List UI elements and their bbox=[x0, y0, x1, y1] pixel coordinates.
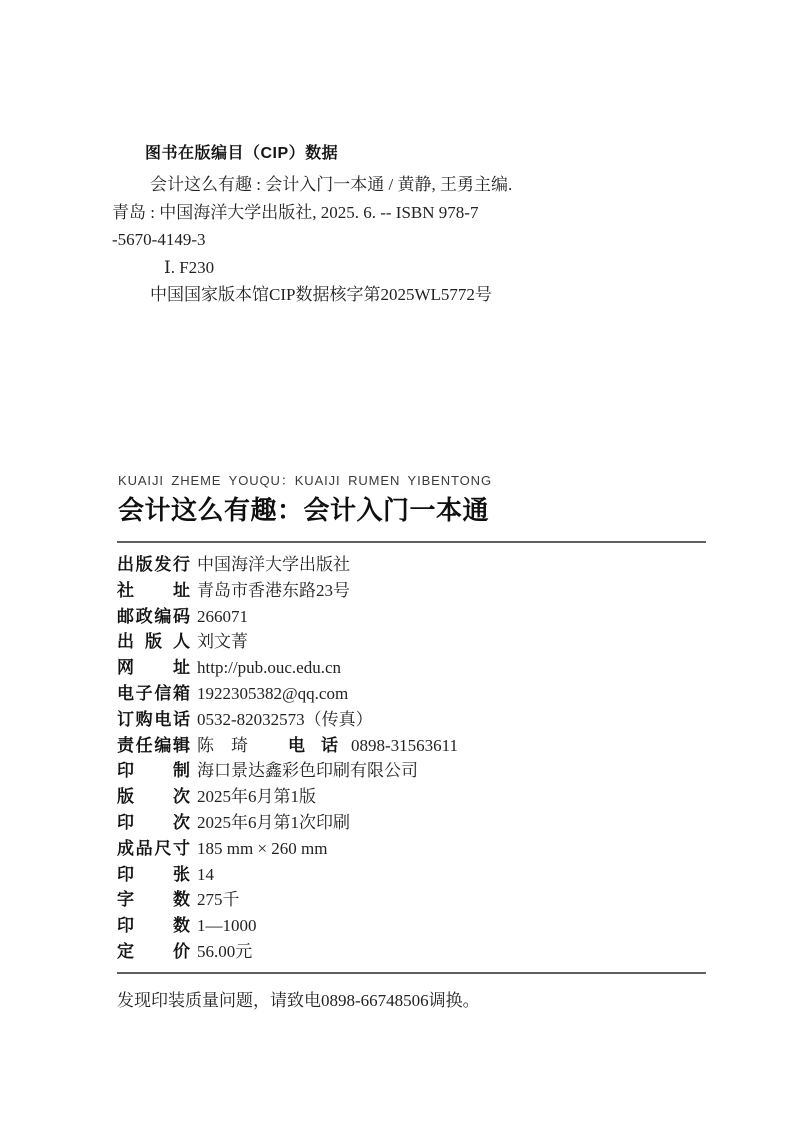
colophon-row-label-secondary: 电话 bbox=[288, 733, 338, 759]
cip-header: 图书在版编目（CIP）数据 bbox=[112, 144, 582, 164]
colophon-row: 订购电话0532-82032573（传真） bbox=[117, 707, 717, 733]
colophon-row-value: 青岛市香港东路23号 bbox=[197, 581, 350, 600]
colophon-row-value: 1—1000 bbox=[197, 916, 257, 935]
cip-line-classification: Ⅰ. F230 bbox=[112, 254, 582, 282]
divider-rule-top bbox=[117, 541, 706, 543]
cip-block: 图书在版编目（CIP）数据 会计这么有趣 : 会计入门一本通 / 黄静, 王勇主… bbox=[112, 144, 582, 309]
colophon-row: 成品尺寸185 mm × 260 mm bbox=[117, 836, 717, 862]
cip-line-publisher-isbn: 青岛 : 中国海洋大学出版社, 2025. 6. -- ISBN 978-7 bbox=[112, 199, 582, 227]
colophon-row-value: 0532-82032573（传真） bbox=[197, 710, 373, 729]
divider-rule-bottom bbox=[117, 972, 706, 974]
colophon-row-value-secondary: 0898-31563611 bbox=[351, 736, 458, 755]
colophon-row: 网址http://pub.ouc.edu.cn bbox=[117, 655, 717, 681]
quality-note: 发现印装质量问题，请致电0898-66748506调换。 bbox=[117, 986, 480, 1011]
colophon-row: 电子信箱1922305382@qq.com bbox=[117, 681, 717, 707]
colophon-row: 出版发行中国海洋大学出版社 bbox=[117, 552, 717, 578]
colophon-row-value: 2025年6月第1版 bbox=[197, 787, 316, 806]
colophon-row: 定价56.00元 bbox=[117, 939, 717, 965]
colophon-row-label: 成品尺寸 bbox=[117, 836, 190, 862]
colophon-row-value: 56.00元 bbox=[197, 942, 252, 961]
title-block: KUAIJI ZHEME YOUQU：KUAIJI RUMEN YIBENTON… bbox=[118, 473, 492, 525]
colophon-row-value: 14 bbox=[197, 865, 214, 884]
colophon-row-value: 1922305382@qq.com bbox=[197, 684, 348, 703]
copyright-page: 图书在版编目（CIP）数据 会计这么有趣 : 会计入门一本通 / 黄静, 王勇主… bbox=[0, 0, 799, 1132]
colophon-row-value: 185 mm × 260 mm bbox=[197, 839, 327, 858]
cip-line-title: 会计这么有趣 : 会计入门一本通 / 黄静, 王勇主编. bbox=[112, 171, 582, 199]
colophon-row: 印张14 bbox=[117, 862, 717, 888]
colophon-row-value: http://pub.ouc.edu.cn bbox=[197, 658, 341, 677]
colophon-row: 印制海口景达鑫彩色印刷有限公司 bbox=[117, 758, 717, 784]
colophon-row-label: 责任编辑 bbox=[117, 733, 190, 759]
colophon-row: 邮政编码266071 bbox=[117, 604, 717, 630]
colophon-row-label: 出版人 bbox=[117, 629, 190, 655]
colophon-row: 版次2025年6月第1版 bbox=[117, 784, 717, 810]
colophon-row-value: 2025年6月第1次印刷 bbox=[197, 813, 350, 832]
colophon-row: 印数1—1000 bbox=[117, 913, 717, 939]
colophon-table: 出版发行中国海洋大学出版社社址青岛市香港东路23号邮政编码266071出版人刘文… bbox=[117, 552, 717, 965]
colophon-row-label: 订购电话 bbox=[117, 707, 190, 733]
colophon-row-label: 字数 bbox=[117, 887, 190, 913]
colophon-row-value: 海口景达鑫彩色印刷有限公司 bbox=[197, 761, 418, 780]
colophon-row-label: 邮政编码 bbox=[117, 604, 190, 630]
romanized-title: KUAIJI ZHEME YOUQU：KUAIJI RUMEN YIBENTON… bbox=[118, 473, 492, 489]
colophon-row-label: 社址 bbox=[117, 578, 190, 604]
colophon-row-value: 陈 琦 bbox=[197, 736, 248, 755]
colophon-row: 责任编辑陈 琦电话0898-31563611 bbox=[117, 733, 717, 759]
colophon-row: 印次2025年6月第1次印刷 bbox=[117, 810, 717, 836]
colophon-row: 社址青岛市香港东路23号 bbox=[117, 578, 717, 604]
colophon-row-value: 刘文菁 bbox=[197, 632, 248, 651]
colophon-row-label: 印张 bbox=[117, 862, 190, 888]
colophon-row-label: 印制 bbox=[117, 758, 190, 784]
cip-line-record-number: 中国国家版本馆CIP数据核字第2025WL5772号 bbox=[112, 281, 582, 309]
colophon-row-label: 网址 bbox=[117, 655, 190, 681]
colophon-row-label: 印次 bbox=[117, 810, 190, 836]
colophon-row-value: 266071 bbox=[197, 607, 248, 626]
cip-line-isbn-continued: -5670-4149-3 bbox=[112, 226, 582, 254]
colophon-row-label: 出版发行 bbox=[117, 552, 190, 578]
colophon-row-label: 印数 bbox=[117, 913, 190, 939]
colophon-row-label: 定价 bbox=[117, 939, 190, 965]
colophon-row: 字数275千 bbox=[117, 887, 717, 913]
colophon-row-value: 中国海洋大学出版社 bbox=[197, 555, 350, 574]
colophon-row-value: 275千 bbox=[197, 890, 240, 909]
book-title: 会计这么有趣：会计入门一本通 bbox=[118, 495, 492, 525]
colophon-row-label: 电子信箱 bbox=[117, 681, 190, 707]
colophon-row-label: 版次 bbox=[117, 784, 190, 810]
colophon-row: 出版人刘文菁 bbox=[117, 629, 717, 655]
